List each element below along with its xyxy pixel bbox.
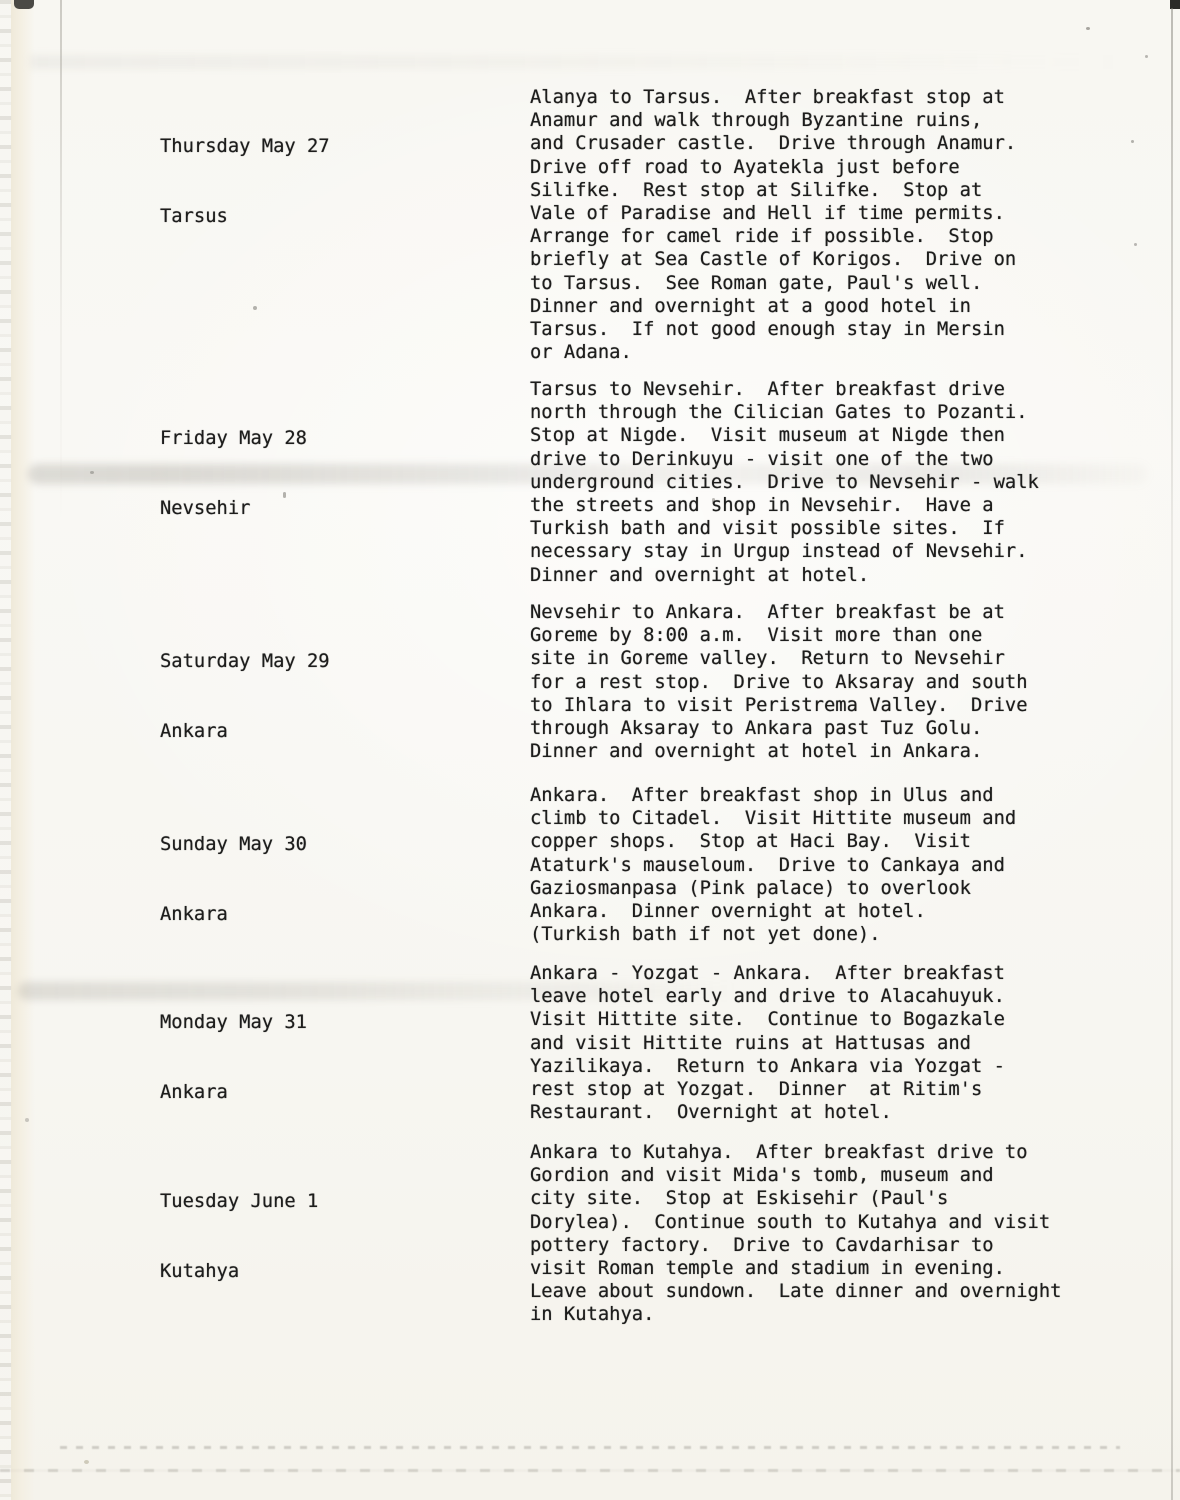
dust-speck	[1086, 27, 1090, 30]
entry-location: Ankara	[160, 1081, 307, 1104]
dust-speck	[84, 1460, 89, 1464]
entry-date: Thursday May 27	[160, 135, 330, 158]
entry-date: Sunday May 30	[160, 833, 307, 856]
page-edge-cream-strip	[11, 0, 35, 1500]
entry-description: Tarsus to Nevsehir. After breakfast driv…	[530, 378, 1039, 587]
dust-speck	[253, 306, 257, 310]
scan-smudge-band	[30, 55, 1130, 69]
entry-description: Ankara to Kutahya. After breakfast drive…	[530, 1141, 1061, 1327]
right-page-edge-line	[1171, 8, 1173, 1500]
entry-day-label: Sunday May 30 Ankara	[160, 787, 307, 973]
entry-date: Saturday May 29	[160, 650, 330, 673]
entry-description: Nevsehir to Ankara. After breakfast be a…	[530, 601, 1028, 763]
dust-speck	[25, 1118, 29, 1122]
entry-description: Alanya to Tarsus. After breakfast stop a…	[530, 86, 1016, 364]
entry-date: Tuesday June 1	[160, 1190, 318, 1213]
entry-day-label: Saturday May 29 Ankara	[160, 604, 330, 790]
entry-date: Monday May 31	[160, 1011, 307, 1034]
scanned-itinerary-page: Thursday May 27 Tarsus Alanya to Tarsus.…	[0, 0, 1180, 1500]
entry-location: Nevsehir	[160, 497, 307, 520]
entry-location: Kutahya	[160, 1260, 318, 1283]
entry-description: Ankara - Yozgat - Ankara. After breakfas…	[530, 962, 1005, 1124]
dust-speck	[1145, 55, 1148, 58]
top-left-scan-mark	[14, 0, 34, 9]
entry-description: Ankara. After breakfast shop in Ulus and…	[530, 784, 1016, 946]
entry-date: Friday May 28	[160, 427, 307, 450]
dust-speck	[1134, 243, 1137, 246]
entry-day-label: Monday May 31 Ankara	[160, 965, 307, 1151]
entry-location: Ankara	[160, 720, 330, 743]
entry-day-label: Tuesday June 1 Kutahya	[160, 1144, 318, 1330]
dust-speck	[1131, 140, 1134, 143]
bottom-dotted-scan-line	[60, 1446, 1120, 1449]
entry-location: Tarsus	[160, 205, 330, 228]
entry-location: Ankara	[160, 903, 307, 926]
paper-crease-line	[60, 0, 62, 520]
entry-day-label: Friday May 28 Nevsehir	[160, 381, 307, 567]
entry-day-label: Thursday May 27 Tarsus	[160, 89, 330, 275]
bottom-dashed-scan-line	[0, 1469, 1180, 1472]
dust-speck	[90, 471, 94, 474]
